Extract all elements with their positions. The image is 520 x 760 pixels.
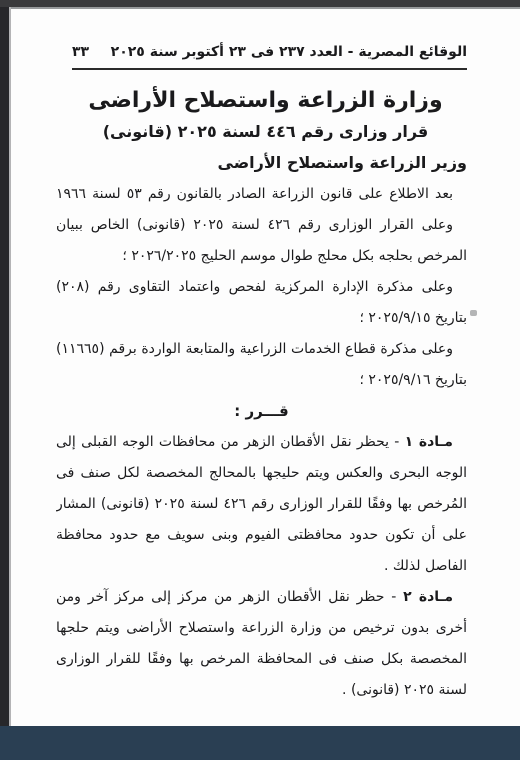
decree-body: بعد الاطلاع على قانون الزراعة الصادر بال…: [56, 179, 467, 706]
article-2-line-2: أخرى بدون ترخيص من وزارة الزراعة واستصلا…: [56, 613, 467, 644]
preamble-line-4: وعلى مذكرة الإدارة المركزية لفحص واعتماد…: [56, 272, 467, 303]
article-1-line-2: الوجه البحرى والعكس ويتم حليجها بالمحالج…: [56, 458, 467, 489]
article-1-line-3: المُرخص بها وفقًا للقرار الوزارى رقم ٤٢٦…: [56, 489, 467, 520]
scan-speck: [470, 310, 477, 316]
page-number: ٣٣: [72, 42, 89, 62]
preamble-line-3: المرخص بحلجه بكل محلج طوال موسم الحليج ٢…: [56, 241, 467, 272]
ministry-title: وزارة الزراعة واستصلاح الأراضى: [11, 86, 520, 116]
scanned-gazette-view: الوقائع المصرية - العدد ٢٣٧ فى ٢٣ أكتوبر…: [0, 0, 520, 760]
scan-left-edge: [0, 7, 11, 726]
article-1-line-5: الفاصل لذلك .: [56, 551, 467, 582]
article-1-label: مـادة ١: [405, 434, 453, 450]
decree-word: قـــرر :: [56, 396, 467, 427]
preamble-line-5: بتاريخ ٢٠٢٥/٩/١٥ ؛: [56, 303, 467, 334]
article-2-line-4: لسنة ٢٠٢٥ (قانونى) .: [56, 675, 467, 706]
scan-top-edge: [0, 0, 520, 9]
issuer-heading: وزير الزراعة واستصلاح الأراضى: [11, 152, 467, 174]
article-2-line-3: المخصصة بكل صنف فى المحافظة المرخص بها و…: [56, 644, 467, 675]
preamble-line-1: بعد الاطلاع على قانون الزراعة الصادر بال…: [56, 179, 467, 210]
page-header: الوقائع المصرية - العدد ٢٣٧ فى ٢٣ أكتوبر…: [72, 42, 467, 70]
preamble-line-7: بتاريخ ٢٠٢٥/٩/١٦ ؛: [56, 365, 467, 396]
gazette-page: الوقائع المصرية - العدد ٢٣٧ فى ٢٣ أكتوبر…: [11, 9, 520, 727]
article-2-label: مـادة ٢: [403, 589, 453, 605]
viewer-bottom-bar: [0, 726, 520, 760]
preamble-line-6: وعلى مذكرة قطاع الخدمات الزراعية والمتاب…: [56, 334, 467, 365]
decree-number-subtitle: قرار وزارى رقم ٤٤٦ لسنة ٢٠٢٥ (قانونى): [11, 121, 520, 143]
preamble-line-2: وعلى القرار الوزارى رقم ٤٢٦ لسنة ٢٠٢٥ (ق…: [56, 210, 467, 241]
article-1-line-4: على أن تكون حدود محافظتى الفيوم وبنى سوي…: [56, 520, 467, 551]
journal-title-line: الوقائع المصرية - العدد ٢٣٧ فى ٢٣ أكتوبر…: [111, 42, 467, 62]
article-2-line-1: مـادة ٢ - حظر نقل الأقطان الزهر من مركز …: [56, 582, 467, 613]
article-1-line-1: مـادة ١ - يحظر نقل الأقطان الزهر من محاف…: [56, 427, 467, 458]
